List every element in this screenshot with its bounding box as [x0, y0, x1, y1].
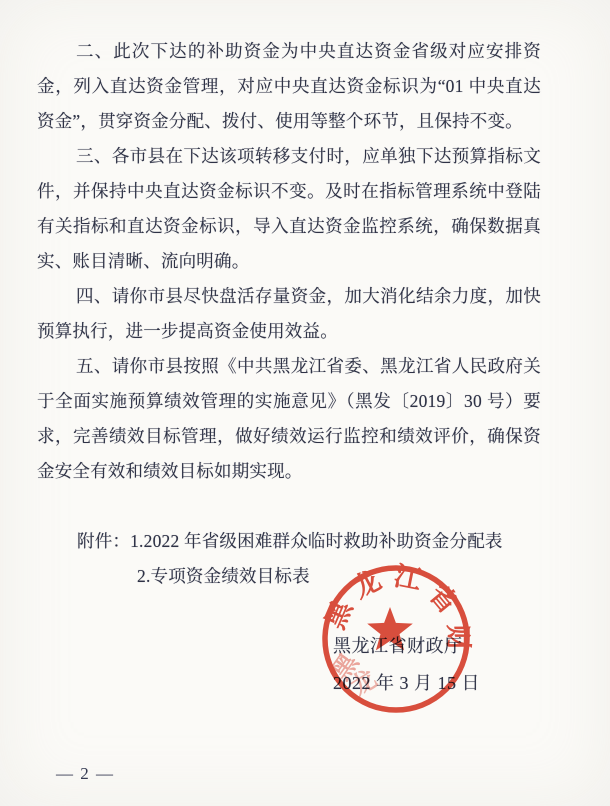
attachments-label: 附件：: [77, 531, 130, 551]
body-line: 求，完善绩效目标管理，做好绩效运行监控和绩效评价，确保资: [37, 419, 541, 454]
document-body: 二、此次下达的补助资金为中央直达资金省级对应安排资 金，列入直达资金管理，对应中…: [37, 34, 541, 594]
body-line: 五、请你市县按照《中共黑龙江省委、黑龙江省人民政府关: [37, 349, 541, 384]
body-line: 件，并保持中央直达资金标识不变。及时在指标管理系统中登陆: [37, 174, 541, 209]
body-line: 金安全有效和绩效目标如期实现。: [37, 454, 541, 489]
body-line: 有关指标和直达资金标识，导入直达资金监控系统，确保数据真: [37, 209, 541, 244]
scanned-document-page: 二、此次下达的补助资金为中央直达资金省级对应安排资 金，列入直达资金管理，对应中…: [0, 0, 610, 806]
blank-line: [37, 489, 541, 524]
body-line: 二、此次下达的补助资金为中央直达资金省级对应安排资: [37, 34, 541, 69]
body-line: 三、各市县在下达该项转移支付时，应单独下达预算指标文: [37, 139, 541, 174]
body-line: 实、账目清晰、流向明确。: [37, 244, 541, 279]
body-line: 于全面实施预算绩效管理的实施意见》（黑发〔2019〕30 号）要: [37, 384, 541, 419]
attachment-item-2: 2.专项资金绩效目标表: [137, 566, 310, 586]
signature-block: 黑龙江省财政厅 2022 年 3 月 15 日: [333, 628, 480, 702]
body-line: 预算执行，进一步提高资金使用效益。: [37, 314, 541, 349]
issuer-name: 黑龙江省财政厅: [333, 628, 480, 665]
issue-date: 2022 年 3 月 15 日: [333, 665, 480, 702]
body-line: 四、请你市县尽快盘活存量资金，加大消化结余力度，加快: [37, 279, 541, 314]
page-number: — 2 —: [56, 764, 115, 784]
body-line: 资金”，贯穿资金分配、拨付、使用等整个环节，且保持不变。: [37, 104, 541, 139]
attachment-line-1: 附件：1.2022 年省级困难群众临时救助补助资金分配表: [37, 524, 541, 559]
attachment-line-2: 2.专项资金绩效目标表: [37, 559, 541, 594]
attachment-item-1: 1.2022 年省级困难群众临时救助补助资金分配表: [130, 531, 503, 551]
body-line: 金，列入直达资金管理，对应中央直达资金标识为“01 中央直达: [37, 69, 541, 104]
